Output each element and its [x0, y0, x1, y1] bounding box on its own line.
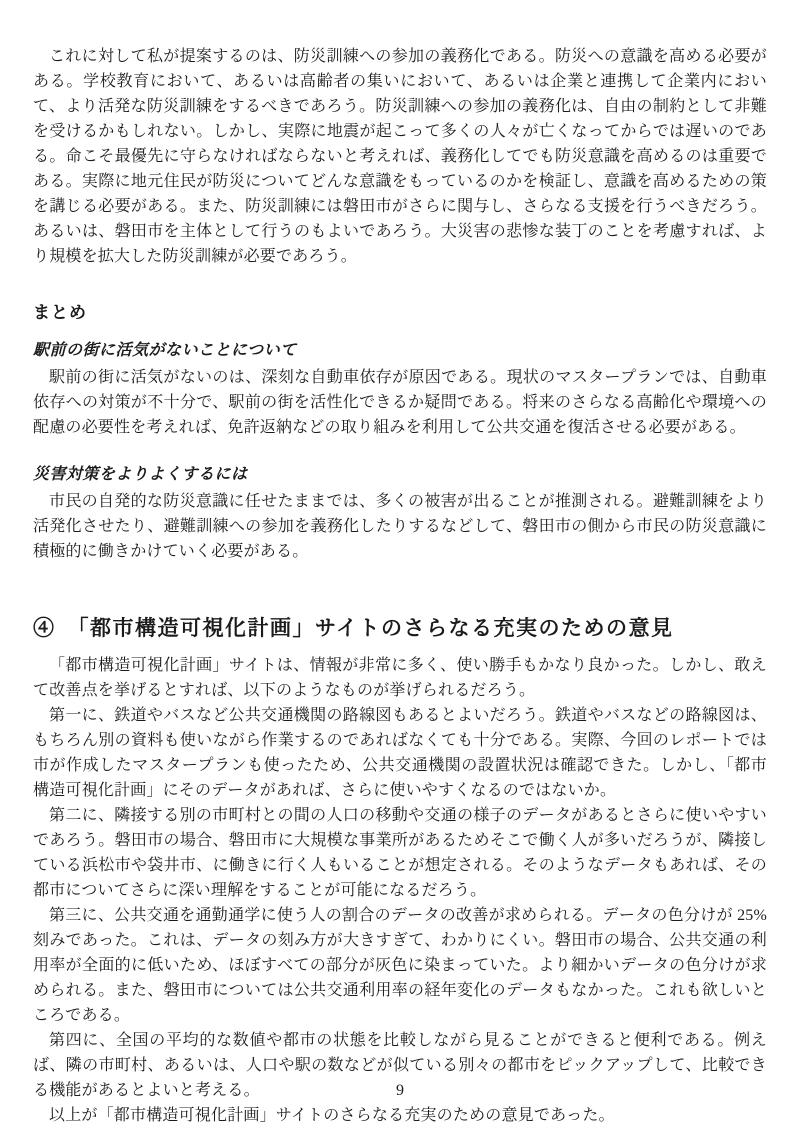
section-4-paragraph: 第二に、隣接する別の市町村との間の人口の移動や交通の様子のデータがあるとさらに使… [33, 803, 767, 903]
summary-item-saigai: 災害対策をよりよくするには 市民の自発的な防災意識に任せたままでは、多くの被害が… [33, 463, 767, 564]
section-4-paragraph: 「都市構造可視化計画」サイトは、情報が非常に多く、使い勝手もかなり良かった。しか… [33, 653, 767, 703]
summary-subheading-ekimae: 駅前の街に活気がないことについて [33, 339, 767, 363]
section-4-paragraph: 以上が「都市構造可視化計画」サイトのさらなる充実のための意見であった。 [33, 1103, 767, 1128]
summary-body-saigai: 市民の自発的な防災意識に任せたままでは、多くの被害が出ることが推測される。避難訓… [33, 489, 767, 564]
page-number: 9 [0, 1081, 800, 1101]
summary-heading: まとめ [33, 301, 767, 325]
intro-paragraph: これに対して私が提案するのは、防災訓練への参加の義務化である。防災への意識を高め… [33, 44, 767, 269]
section-4-paragraph: 第三に、公共交通を通勤通学に使う人の割合のデータの改善が求められる。データの色分… [33, 903, 767, 1028]
summary-subheading-saigai: 災害対策をよりよくするには [33, 463, 767, 487]
document-page: これに対して私が提案するのは、防災訓練への参加の義務化である。防災への意識を高め… [0, 0, 800, 1131]
summary-item-ekimae: 駅前の街に活気がないことについて 駅前の街に活気がないのは、深刻な自動車依存が原… [33, 339, 767, 440]
section-4-heading: ④ 「都市構造可視化計画」サイトのさらなる充実のための意見 [33, 613, 767, 643]
summary-body-ekimae: 駅前の街に活気がないのは、深刻な自動車依存が原因である。現状のマスタープランでは… [33, 365, 767, 440]
section-4-paragraph: 第一に、鉄道やバスなど公共交通機関の路線図もあるとよいだろう。鉄道やバスなどの路… [33, 703, 767, 803]
section-4-body: 「都市構造可視化計画」サイトは、情報が非常に多く、使い勝手もかなり良かった。しか… [33, 653, 767, 1128]
